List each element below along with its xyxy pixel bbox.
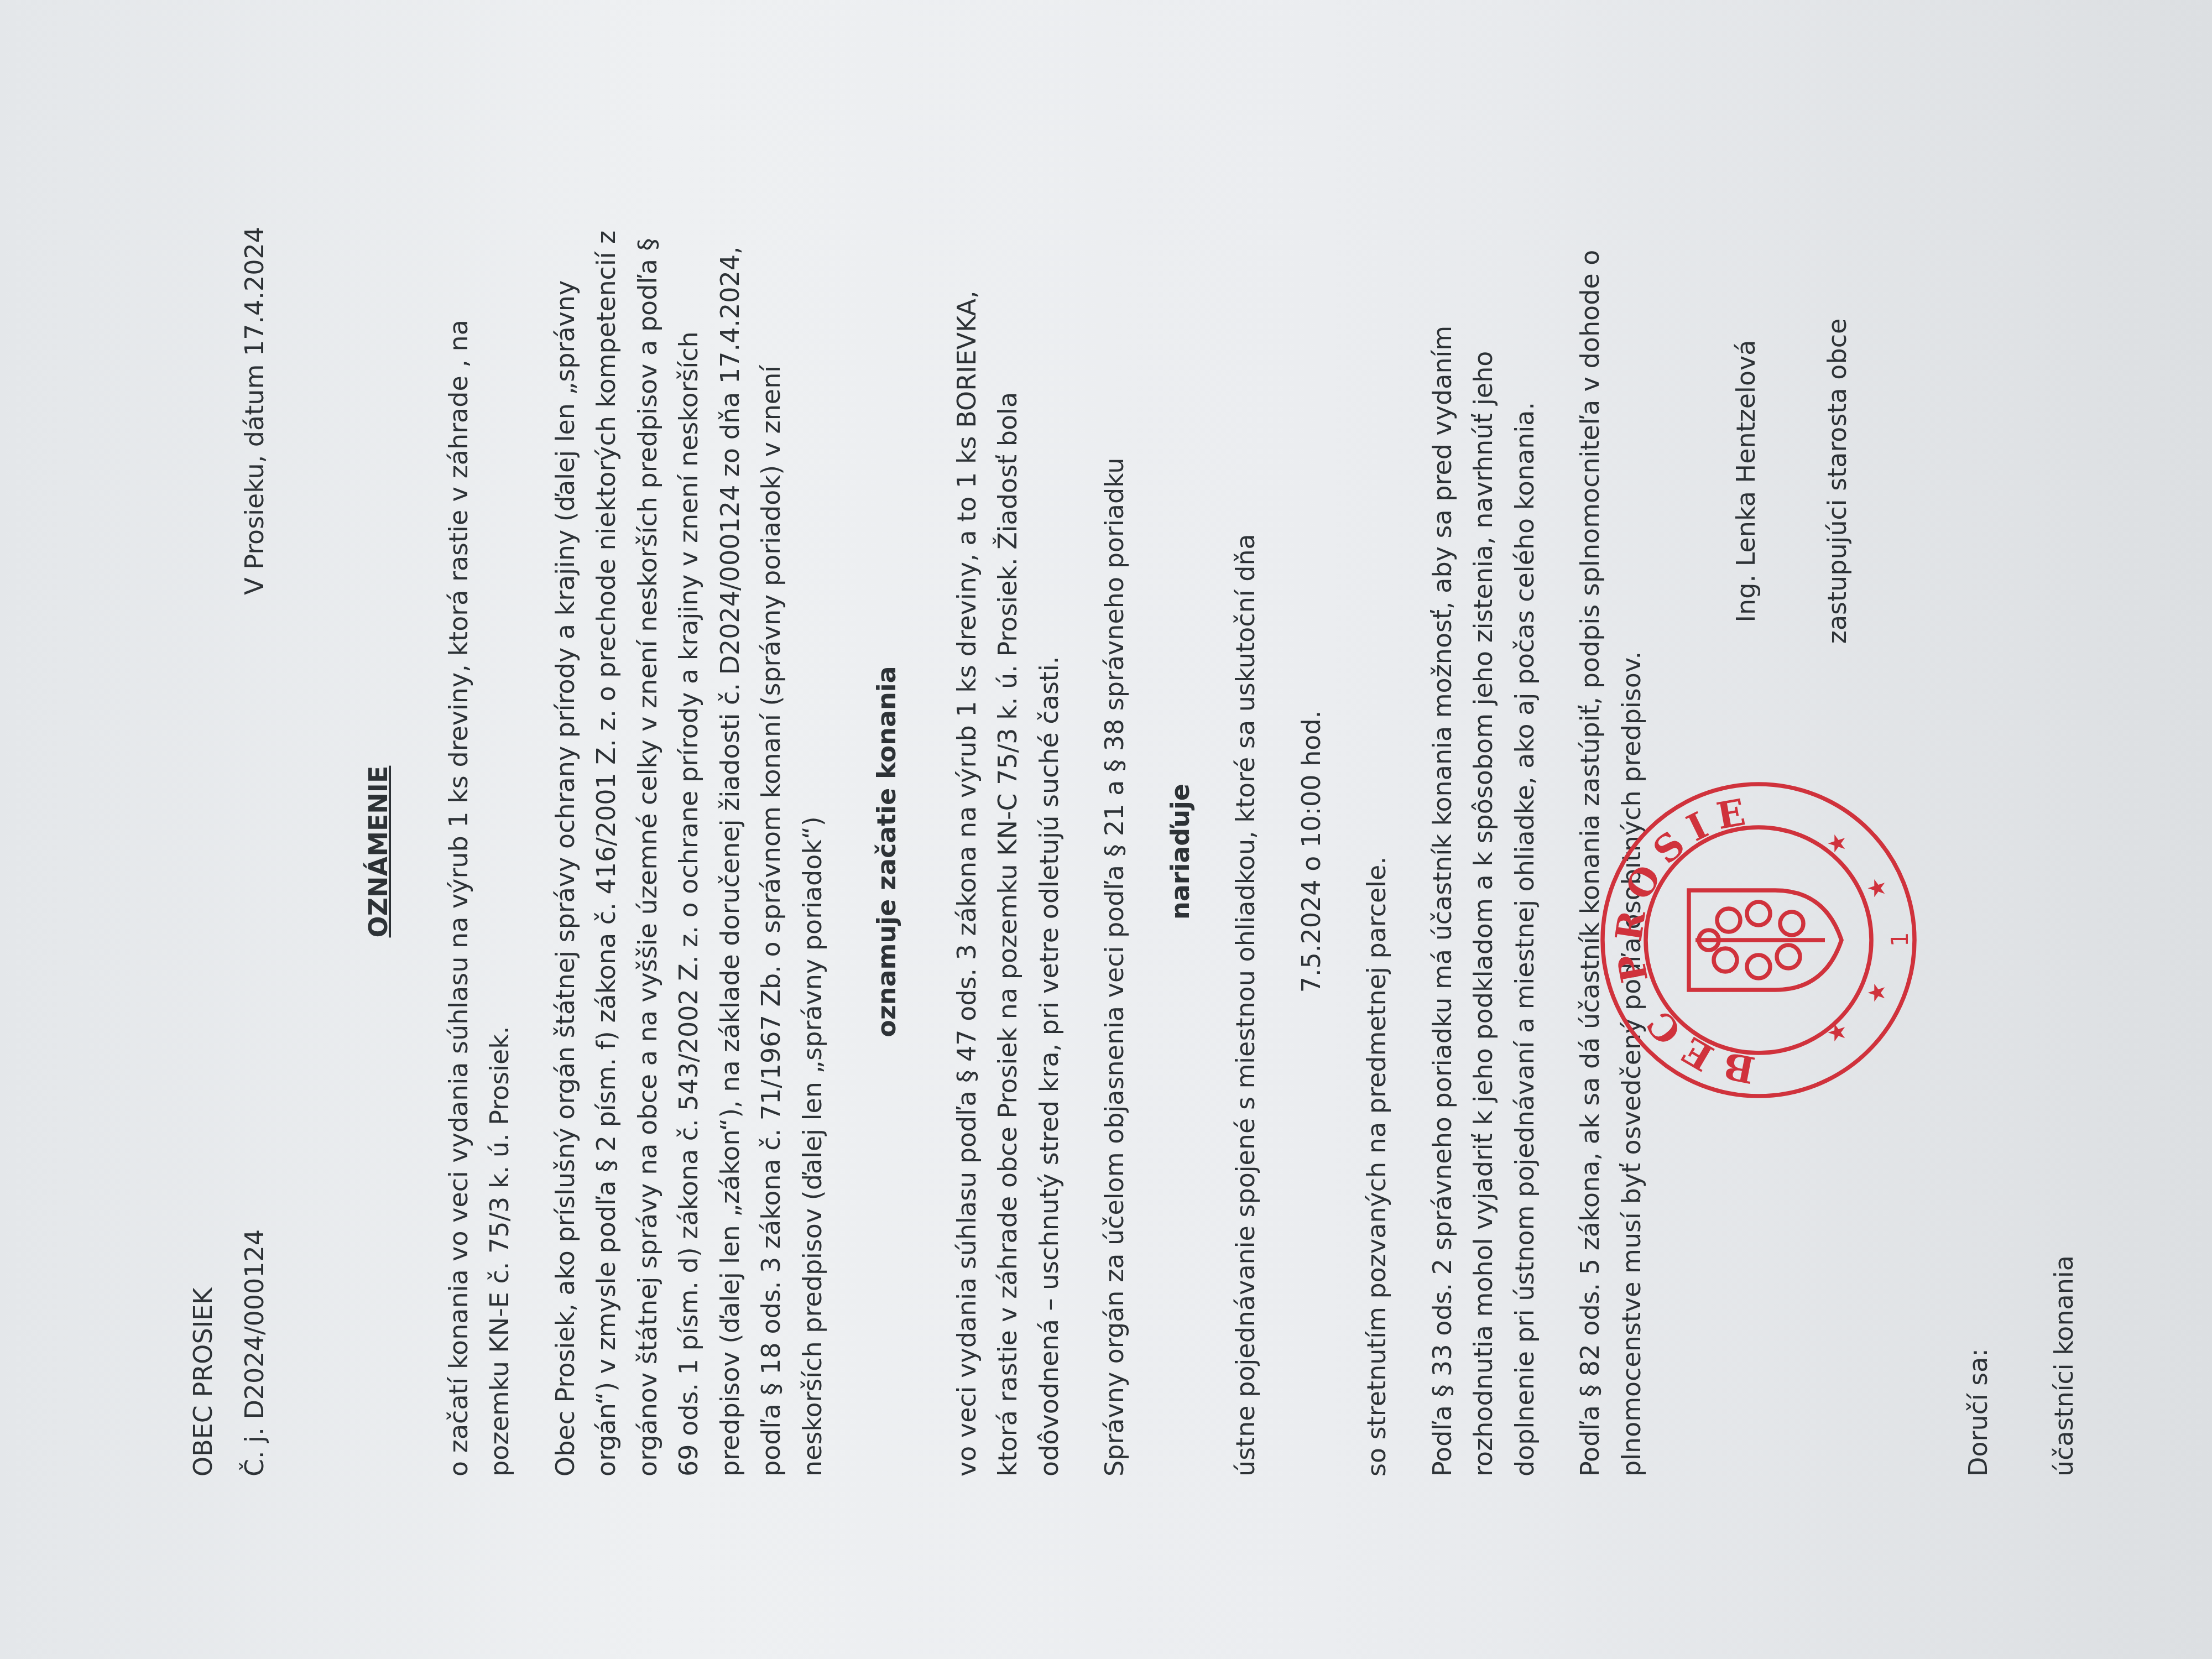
official-stamp-icon: OBEC PROSIEK ★★ ★★ 1 xyxy=(1593,774,1924,1106)
svg-text:★: ★ xyxy=(1863,982,1890,1003)
section-33-paragraph: Podľa § 33 ods. 2 správneho poriadku má … xyxy=(1422,227,1546,1477)
document-title: OZNÁMENIE xyxy=(358,227,399,1477)
svg-text:★: ★ xyxy=(1823,833,1850,854)
svg-text:OBEC PROSIEK: OBEC PROSIEK xyxy=(1593,789,1758,1106)
signatory-name: Ing. Lenka Hentzelová xyxy=(1725,288,1767,675)
stamp-mark: 1 xyxy=(1886,932,1913,947)
svg-text:★: ★ xyxy=(1863,878,1890,899)
meeting-paragraph: so stretnutím pozvaných na predmetnej pa… xyxy=(1356,227,1397,1477)
stamp-text: OBEC PROSIEK xyxy=(1593,789,1758,1106)
authority-paragraph: Obec Prosiek, ako príslušný orgán štátne… xyxy=(545,227,833,1477)
ref-label: Č. j. xyxy=(239,1427,269,1477)
intro-paragraph: o začatí konania vo veci vydania súhlasu… xyxy=(438,227,520,1477)
purpose-paragraph: Správny orgán za účelom objasnenia veci … xyxy=(1094,227,1135,1477)
hearing-datetime: 7.5.2024 o 10:00 hod. xyxy=(1291,227,1332,1477)
subject-paragraph: vo veci vydania súhlasu podľa § 47 ods. … xyxy=(946,227,1070,1477)
issuer: OBEC PROSIEK xyxy=(182,227,224,1477)
hearing-paragraph: ústne pojednávanie spojené s miestnou oh… xyxy=(1225,227,1266,1477)
ref-number: D2024/000124 xyxy=(239,1229,269,1420)
signatory-role: zastupujúci starosta obce xyxy=(1817,288,1858,675)
orders-heading: nariaďuje xyxy=(1160,227,1201,1477)
place-date: V Prosieku, dátum 17.4.2024 xyxy=(234,227,275,595)
svg-text:★: ★ xyxy=(1823,1022,1850,1043)
announces-heading: oznamuje začatie konania xyxy=(866,227,907,1477)
deliver-label: Doručí sa: xyxy=(1958,1255,1999,1477)
deliver-to: účastníci konania xyxy=(2043,1255,2085,1477)
document-page: OBEC PROSIEK Č. j. D2024/000124 V Prosie… xyxy=(0,0,2212,1659)
